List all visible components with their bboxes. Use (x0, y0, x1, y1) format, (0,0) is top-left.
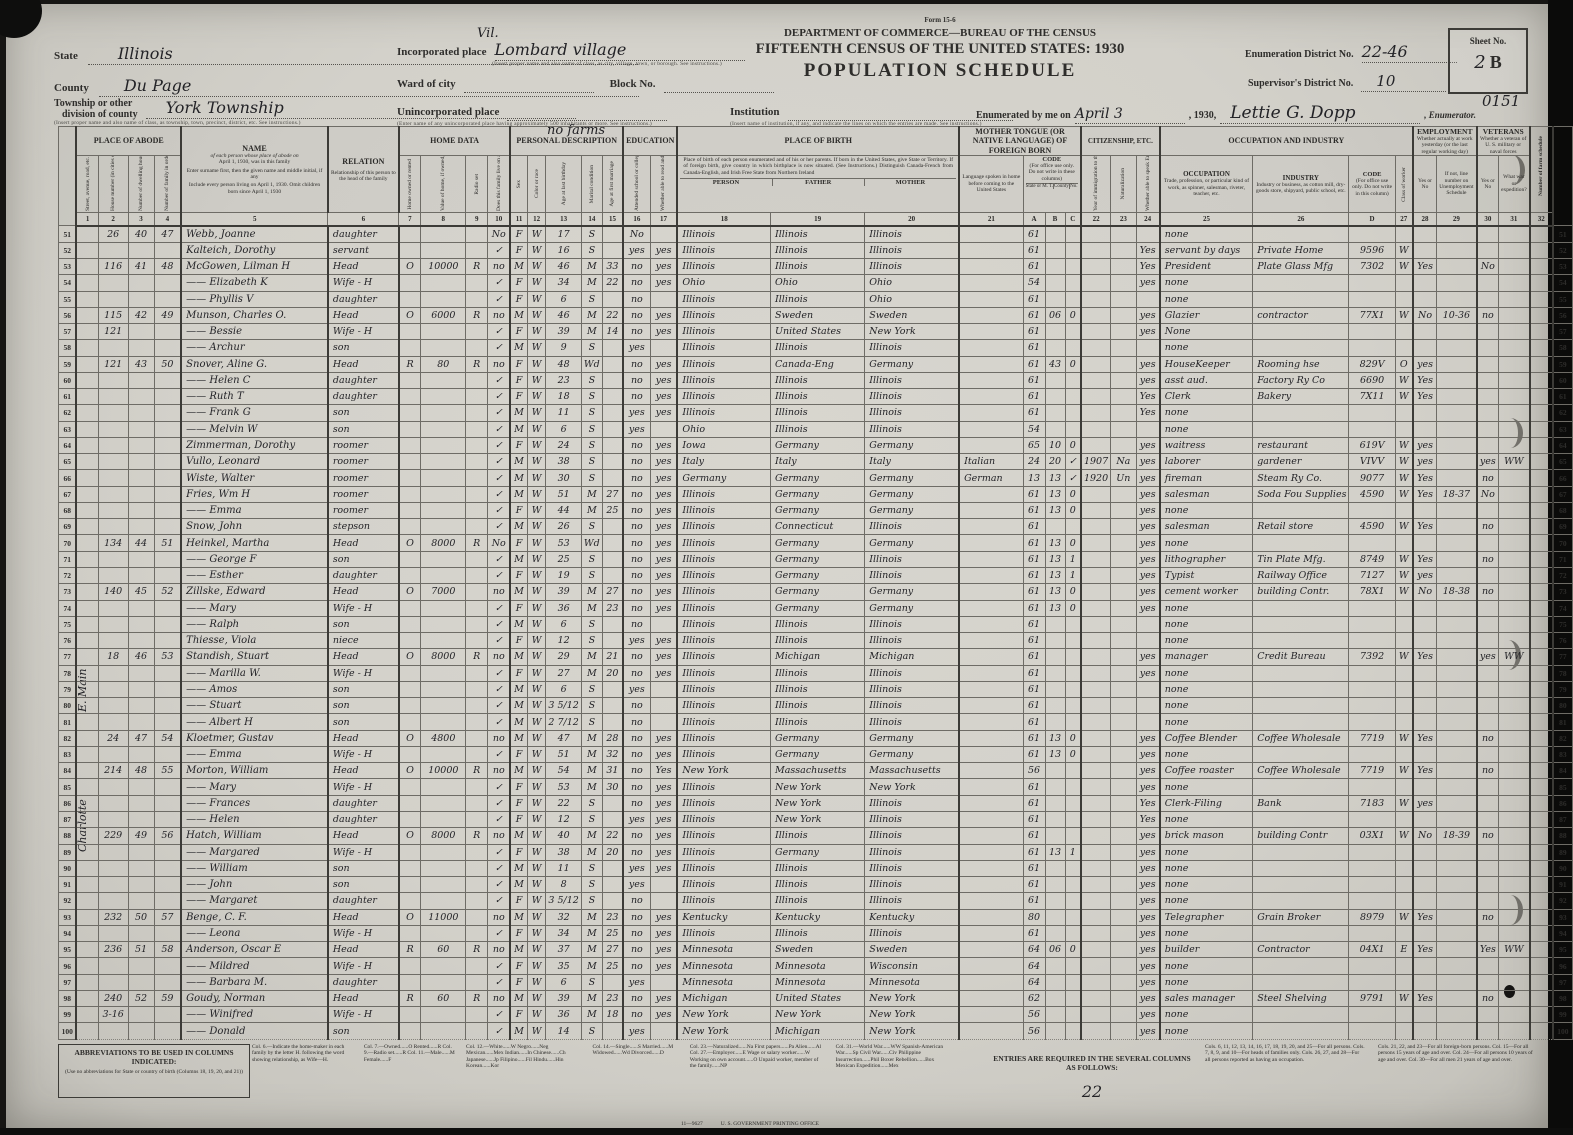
cell-na (1111, 714, 1136, 730)
cell-b: 13 (1045, 502, 1065, 518)
cell-im (1081, 649, 1111, 665)
sd-label: Supervisor's District No. (1248, 78, 1353, 89)
cell-st (76, 275, 98, 291)
cell-en (1136, 340, 1160, 356)
cell-h (98, 486, 128, 502)
cell-ag: 14 (546, 1023, 581, 1039)
line-number-right: 60 (1553, 372, 1573, 388)
table-row: 591214350Snover, Aline G.HeadR80RnoFW48W… (59, 356, 1573, 372)
cell-p3: Illinois (865, 340, 959, 356)
cell-fa: ✓ (488, 242, 511, 258)
cell-oc: manager (1160, 649, 1253, 665)
cell-wr (1499, 730, 1530, 746)
cell-im (1081, 372, 1111, 388)
cell-m: S (581, 421, 602, 437)
cell-wk: yes (1413, 454, 1437, 470)
line-number: 69 (59, 519, 77, 535)
cell-p2: Illinois (771, 828, 865, 844)
cell-p2: Connecticut (771, 519, 865, 535)
township-value: York Township (166, 98, 284, 117)
cell-fs (1530, 909, 1553, 925)
line-number-right: 99 (1553, 1007, 1573, 1023)
cell-a: 61 (1023, 812, 1045, 828)
table-row: 79—— Amosson✓MW6SyesIllinoisIllinoisIlli… (59, 681, 1573, 697)
cell-fa: ✓ (488, 958, 511, 974)
table-row: 60—— Helen Cdaughter✓FW23SnoyesIllinoisI… (59, 372, 1573, 388)
cell-lg (959, 372, 1023, 388)
cell-en: Yes (1136, 795, 1160, 811)
cell-fa: ✓ (488, 291, 511, 307)
line-number: 61 (59, 389, 77, 405)
cell-vt: no (1477, 519, 1499, 535)
cell-nm: —— Mildred (181, 958, 328, 974)
line-number-right: 71 (1553, 551, 1573, 567)
cell-wr (1499, 551, 1530, 567)
cell-c: 0 (1065, 437, 1081, 453)
cell-cl: W (1395, 584, 1413, 600)
cell-fs (1530, 584, 1553, 600)
cell-d (128, 502, 154, 518)
cell-r: R (466, 356, 488, 372)
cell-sx: F (510, 1007, 527, 1023)
cell-st (76, 389, 98, 405)
cell-cd (1349, 958, 1395, 974)
cell-p3: Illinois (865, 681, 959, 697)
cell-f (154, 746, 181, 762)
cell-p3: Illinois (865, 812, 959, 828)
cell-d: 40 (128, 226, 154, 242)
cell-im (1081, 958, 1111, 974)
cell-ag: 48 (546, 356, 581, 372)
cell-fs (1530, 877, 1553, 893)
line-number: 65 (59, 454, 77, 470)
cell-im (1081, 584, 1111, 600)
cell-im (1081, 486, 1111, 502)
cell-r (466, 584, 488, 600)
cell-ue: 18-39 (1437, 828, 1477, 844)
cell-na (1111, 535, 1136, 551)
cell-in (1253, 681, 1349, 697)
abbrev-block-col31: Col. 31.—World War......WW Spanish-Ameri… (836, 1044, 952, 1069)
cell-am (602, 893, 623, 909)
cell-en: Yes (1136, 812, 1160, 828)
cell-nm: —— Ralph (181, 616, 328, 632)
cell-st (76, 942, 98, 958)
cell-c: 1 (1065, 844, 1081, 860)
cell-st (76, 860, 98, 876)
cell-p2: New York (771, 812, 865, 828)
cell-p1: Illinois (677, 340, 770, 356)
cell-im (1081, 893, 1111, 909)
cell-p3: Illinois (865, 551, 959, 567)
cell-sx: F (510, 779, 527, 795)
cell-cl: W (1395, 551, 1413, 567)
cell-f: 58 (154, 942, 181, 958)
col-number: C (1065, 212, 1081, 226)
cell-h (98, 421, 128, 437)
cell-oc: none (1160, 665, 1253, 681)
home-owned-label: Home owned or rented (407, 159, 413, 210)
cell-am (602, 812, 623, 828)
cell-r (466, 242, 488, 258)
cell-wr (1499, 779, 1530, 795)
cell-wk (1413, 502, 1437, 518)
col-own-label: Home owned or rented (399, 155, 421, 212)
cell-cl (1395, 844, 1413, 860)
cell-b (1045, 763, 1065, 779)
cell-rw: yes (650, 584, 677, 600)
cell-h (98, 470, 128, 486)
col-number: 24 (1136, 212, 1160, 226)
cell-o (399, 226, 421, 242)
cell-ag: 6 (546, 616, 581, 632)
cell-am: 31 (602, 763, 623, 779)
cell-ra: W (527, 1007, 546, 1023)
cell-h (98, 698, 128, 714)
group-employment: EMPLOYMENT Whether actually at work yest… (1413, 127, 1477, 156)
employment-title: EMPLOYMENT (1416, 127, 1474, 136)
cell-h: 140 (98, 584, 128, 600)
cell-wr: WW (1499, 454, 1530, 470)
cell-cl: O (1395, 356, 1413, 372)
cell-a: 61 (1023, 828, 1045, 844)
cell-ag: 51 (546, 486, 581, 502)
cell-m: M (581, 502, 602, 518)
cell-sx: M (510, 307, 527, 323)
cell-fs (1530, 714, 1553, 730)
enumerator-name: Lettie G. Dopp (1230, 103, 1355, 123)
cell-sc: no (623, 763, 650, 779)
cell-nm: Goudy, Norman (181, 990, 328, 1006)
col-number: 13 (546, 212, 581, 226)
cell-d (128, 795, 154, 811)
cell-a: 61 (1023, 730, 1045, 746)
cell-p3: New York (865, 779, 959, 795)
cell-lg (959, 275, 1023, 291)
line-number-right: 53 (1553, 258, 1573, 274)
cell-vt (1477, 389, 1499, 405)
cell-b (1045, 795, 1065, 811)
cell-o (399, 405, 421, 421)
cell-r (466, 877, 488, 893)
cell-a: 61 (1023, 258, 1045, 274)
cell-fs (1530, 600, 1553, 616)
line-number-right: 54 (1553, 275, 1573, 291)
cell-lg (959, 1007, 1023, 1023)
cell-b (1045, 990, 1065, 1006)
group-home-data: HOME DATA (399, 127, 511, 156)
sd-value: 10 (1376, 72, 1395, 90)
col-atwork-label: Yes or No (1413, 155, 1437, 212)
table-row: 80—— Stuartson✓MW3 5/12SnoIllinoisIllino… (59, 698, 1573, 714)
cell-ra: W (527, 568, 546, 584)
cell-c: 1 (1065, 551, 1081, 567)
line-number: 59 (59, 356, 77, 372)
cell-f: 54 (154, 730, 181, 746)
cell-v (421, 958, 466, 974)
cell-d (128, 242, 154, 258)
cell-h: 232 (98, 909, 128, 925)
cell-d: 44 (128, 535, 154, 551)
cell-en: yes (1136, 584, 1160, 600)
cell-c (1065, 795, 1081, 811)
cell-h (98, 616, 128, 632)
cell-p2: Illinois (771, 893, 865, 909)
cell-cd: 4590 (1349, 486, 1395, 502)
cell-a: 61 (1023, 324, 1045, 340)
cell-fa: ✓ (488, 860, 511, 876)
cell-nm: Hatch, William (181, 828, 328, 844)
cell-p3: Illinois (865, 405, 959, 421)
cell-b (1045, 291, 1065, 307)
cell-en: yes (1136, 470, 1160, 486)
cell-rl: Wife - H (328, 779, 399, 795)
cell-b (1045, 893, 1065, 909)
cell-cd: 829V (1349, 356, 1395, 372)
cell-in: Grain Broker (1253, 909, 1349, 925)
cell-v (421, 779, 466, 795)
cell-d: 50 (128, 909, 154, 925)
cell-st (76, 502, 98, 518)
print-code: 11—9627 (681, 1121, 703, 1127)
cell-b: 20 (1045, 454, 1065, 470)
cell-m: S (581, 877, 602, 893)
line-number-right: 72 (1553, 568, 1573, 584)
cell-wr (1499, 714, 1530, 730)
class-of-worker-label: Class of worker (1401, 167, 1407, 202)
cell-rl: servant (328, 242, 399, 258)
cell-am: 14 (602, 324, 623, 340)
cell-na (1111, 925, 1136, 941)
cell-a: 56 (1023, 1007, 1045, 1023)
cell-r (466, 974, 488, 990)
cell-m: M (581, 990, 602, 1006)
cell-r (466, 405, 488, 421)
cell-fa: ✓ (488, 1007, 511, 1023)
cell-ra: W (527, 698, 546, 714)
cell-v (421, 600, 466, 616)
pob-instruction-cell: Place of birth of each person enumerated… (677, 155, 959, 212)
line-number: 90 (59, 860, 77, 876)
cell-ue (1437, 519, 1477, 535)
cell-r (466, 421, 488, 437)
cell-p2: Illinois (771, 291, 865, 307)
cell-na (1111, 860, 1136, 876)
col-number: 17 (650, 212, 677, 226)
cell-p2: Germany (771, 730, 865, 746)
cell-st (76, 307, 98, 323)
cell-m: M (581, 763, 602, 779)
cell-oc: none (1160, 958, 1253, 974)
cell-m: S (581, 405, 602, 421)
cell-p1: Illinois (677, 535, 770, 551)
cell-in: contractor (1253, 307, 1349, 323)
group-occupation-industry: OCCUPATION AND INDUSTRY (1160, 127, 1413, 156)
cell-ra: W (527, 502, 546, 518)
cell-sc: no (623, 779, 650, 795)
cell-d (128, 454, 154, 470)
cell-im (1081, 275, 1111, 291)
cell-rw: yes (650, 665, 677, 681)
cell-na (1111, 405, 1136, 421)
cell-wr (1499, 877, 1530, 893)
cell-f: 53 (154, 649, 181, 665)
cell-ra: W (527, 616, 546, 632)
cell-o (399, 958, 421, 974)
cell-wr (1499, 502, 1530, 518)
cell-wk: No (1413, 828, 1437, 844)
cell-rw (650, 421, 677, 437)
cell-o (399, 779, 421, 795)
cell-r (466, 665, 488, 681)
cell-fs (1530, 470, 1553, 486)
cell-ra: W (527, 307, 546, 323)
cell-r (466, 437, 488, 453)
cell-cd (1349, 974, 1395, 990)
cell-m: M (581, 649, 602, 665)
col-number: 2 (98, 212, 128, 226)
cell-fs (1530, 340, 1553, 356)
cell-fa: ✓ (488, 405, 511, 421)
cell-a: 24 (1023, 454, 1045, 470)
cell-v: 11000 (421, 909, 466, 925)
cell-m: M (581, 909, 602, 925)
cell-am (602, 974, 623, 990)
industry-title: INDUSTRY (1255, 174, 1346, 182)
cell-vt (1477, 860, 1499, 876)
dcode-note: (For office use only. Do not write in th… (1351, 178, 1392, 197)
cell-wr: WW (1499, 649, 1530, 665)
cell-c: 0 (1065, 307, 1081, 323)
cell-lg (959, 437, 1023, 453)
cell-d (128, 470, 154, 486)
cell-cl: W (1395, 470, 1413, 486)
cell-c (1065, 990, 1081, 1006)
cell-ag: 53 (546, 535, 581, 551)
cell-a: 61 (1023, 714, 1045, 730)
cell-cd: 8979 (1349, 909, 1395, 925)
cell-m: S (581, 633, 602, 649)
cell-p1: Illinois (677, 324, 770, 340)
pob-instructions: Place of birth of each person enumerated… (680, 156, 956, 177)
cell-o (399, 568, 421, 584)
cell-ue (1437, 893, 1477, 909)
cell-im (1081, 291, 1111, 307)
cell-o (399, 600, 421, 616)
cell-rl: Head (328, 909, 399, 925)
cell-cd (1349, 925, 1395, 941)
cell-wr (1499, 698, 1530, 714)
cell-en: yes (1136, 502, 1160, 518)
line-number: 63 (59, 421, 77, 437)
cell-f (154, 242, 181, 258)
cell-cl: W (1395, 730, 1413, 746)
employment-note: Whether actually at work yesterday (or t… (1416, 136, 1474, 155)
cell-m: M (581, 730, 602, 746)
cell-r (466, 746, 488, 762)
cell-ue (1437, 226, 1477, 242)
cell-rw: yes (650, 958, 677, 974)
cell-cl: W (1395, 389, 1413, 405)
cell-na (1111, 258, 1136, 274)
table-row: 86—— Francesdaughter✓FW22SnoyesIllinoisN… (59, 795, 1573, 811)
cell-f (154, 405, 181, 421)
cell-wr (1499, 616, 1530, 632)
cell-in (1253, 502, 1349, 518)
cell-ue (1437, 340, 1477, 356)
cell-c: 0 (1065, 584, 1081, 600)
cell-f (154, 974, 181, 990)
cell-p1: Illinois (677, 600, 770, 616)
cell-wk: Yes (1413, 372, 1437, 388)
cell-ag: 12 (546, 633, 581, 649)
cell-sc: no (623, 324, 650, 340)
cell-ra: W (527, 275, 546, 291)
cell-na: Na (1111, 454, 1136, 470)
cell-sc: yes (623, 974, 650, 990)
cell-f (154, 681, 181, 697)
cell-fs (1530, 568, 1553, 584)
cell-m: S (581, 291, 602, 307)
cell-in (1253, 340, 1349, 356)
cell-rw: yes (650, 990, 677, 1006)
cell-p1: Illinois (677, 551, 770, 567)
cell-wk (1413, 958, 1437, 974)
cell-vt (1477, 275, 1499, 291)
col-number: 22 (1081, 212, 1111, 226)
line-number-right: 78 (1553, 665, 1573, 681)
cell-vt (1477, 226, 1499, 242)
cell-f (154, 470, 181, 486)
line-number: 97 (59, 974, 77, 990)
col-number: 27 (1395, 212, 1413, 226)
cell-p2: Illinois (771, 681, 865, 697)
cell-lg (959, 486, 1023, 502)
cell-v (421, 681, 466, 697)
col-language-label: Language spoken in home before coming to… (959, 155, 1023, 212)
line-number: 74 (59, 600, 77, 616)
cell-c (1065, 291, 1081, 307)
cell-nm: Zillske, Edward (181, 584, 328, 600)
cell-v: 4800 (421, 730, 466, 746)
cell-nm: —— George F (181, 551, 328, 567)
line-number-right: 64 (1553, 437, 1573, 453)
cell-vt (1477, 958, 1499, 974)
cell-sc: no (623, 519, 650, 535)
cell-sx: F (510, 746, 527, 762)
cell-wk (1413, 877, 1437, 893)
line-number-column-header-right (1553, 127, 1573, 226)
cell-b (1045, 421, 1065, 437)
cell-rw: yes (650, 730, 677, 746)
cell-m: M (581, 958, 602, 974)
cell-ue (1437, 746, 1477, 762)
cell-cd (1349, 502, 1395, 518)
dwelling-number-label: Number of dwelling house in order of vis… (138, 157, 144, 211)
cell-cl (1395, 291, 1413, 307)
line-number-right: 94 (1553, 925, 1573, 941)
cell-nm: McGowen, Lilman H (181, 258, 328, 274)
cell-in: Bakery (1253, 389, 1349, 405)
cell-h: 116 (98, 258, 128, 274)
cell-ag: 35 (546, 958, 581, 974)
cell-h (98, 877, 128, 893)
cell-rw: yes (650, 519, 677, 535)
cell-f (154, 502, 181, 518)
cell-p2: Massachusetts (771, 763, 865, 779)
cell-oc: brick mason (1160, 828, 1253, 844)
cell-ag: 51 (546, 746, 581, 762)
